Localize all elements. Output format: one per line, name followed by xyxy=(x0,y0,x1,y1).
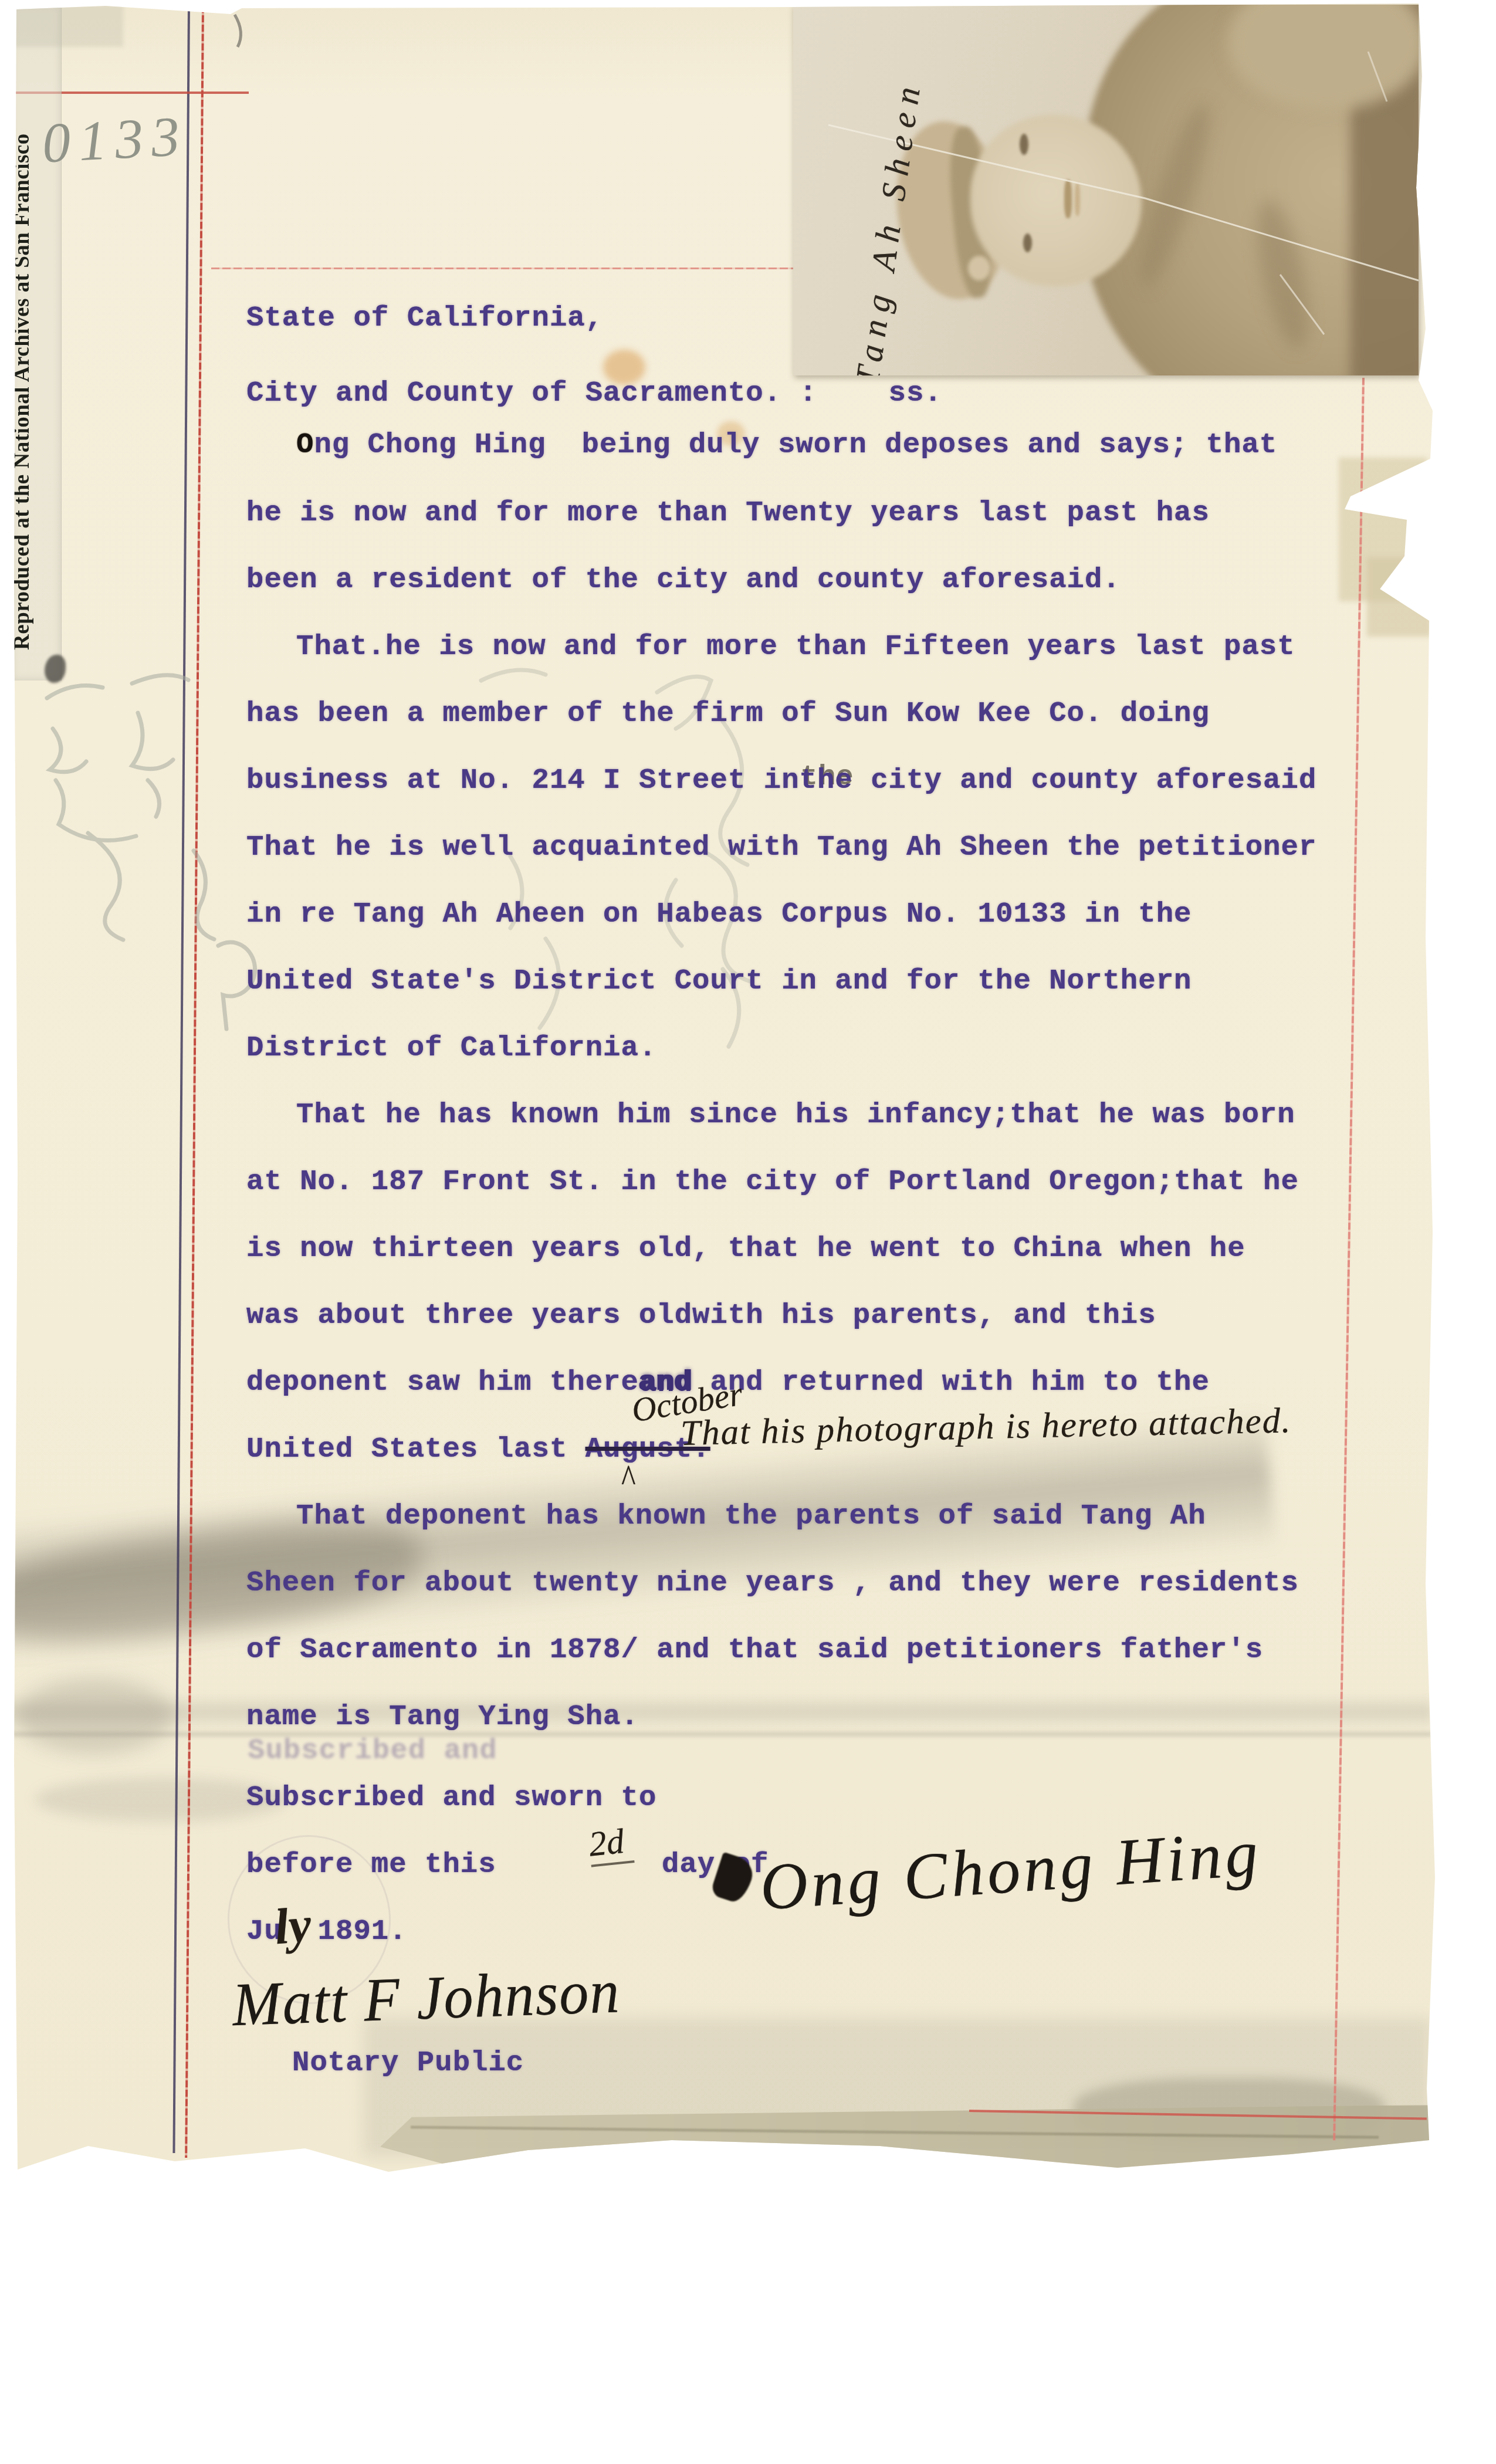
body-line: United State's District Court in and for… xyxy=(246,964,1192,997)
smudge xyxy=(15,1678,174,1754)
bottom-stain xyxy=(364,2018,1431,2156)
torn-edge-shading xyxy=(1367,557,1431,637)
torn-edge-shading xyxy=(1339,458,1427,601)
body-line: United States last August. xyxy=(246,1433,710,1465)
body-line: name is Tang Ying Sha. xyxy=(246,1700,639,1733)
document-scan: Reproduced at the National Archives at S… xyxy=(0,0,1496,2464)
handwritten-month-fix: ly xyxy=(272,1894,314,1956)
body-line: That.he is now and for more than Fifteen… xyxy=(296,630,1295,663)
body-line: at No. 187 Front St. in the city of Port… xyxy=(246,1165,1299,1198)
body-line: Sheen for about twenty nine years , and … xyxy=(246,1566,1299,1599)
body-line: been a resident of the city and county a… xyxy=(246,563,1121,596)
crease-line xyxy=(0,1694,1431,1729)
photo-face xyxy=(970,115,1142,286)
tape-residue-mark xyxy=(45,655,66,683)
body-line: business at No. 214 I Street inthe city … xyxy=(246,764,1316,797)
ink-corrected-word: the xyxy=(800,764,853,797)
body-line: That he is well acquainted with Tang Ah … xyxy=(246,831,1316,864)
jurat-date-line: Ju 1891. xyxy=(246,1915,407,1948)
photo-eye xyxy=(1020,134,1028,155)
body-line: That he has known him since his infancy;… xyxy=(296,1098,1295,1131)
top-edge-tear-mark xyxy=(235,15,241,47)
handwritten-day-number: 2d xyxy=(587,1820,634,1867)
bottom-fold-wrinkle xyxy=(411,2125,1379,2138)
photo-mouth xyxy=(1064,180,1072,218)
archival-tape-fold xyxy=(12,5,123,47)
photo-ear xyxy=(968,256,990,280)
photo-eye xyxy=(1023,233,1032,252)
body-line: of Sacramento in 1878/ and that said pet… xyxy=(246,1633,1263,1666)
affidavit-page: Reproduced at the National Archives at S… xyxy=(0,0,1496,2464)
jurat-line: before me this xyxy=(246,1848,496,1881)
body-line: in re Tang Ah Aheen on Habeas Corpus No.… xyxy=(246,898,1192,930)
crease-line xyxy=(0,1732,1431,1737)
heading-county-ss: City and County of Sacramento. : ss. xyxy=(246,377,942,409)
pencil-page-number: 0133 xyxy=(40,103,189,176)
body-line: is now thirteen years old, that he went … xyxy=(246,1232,1245,1265)
body-line: Ong Chong Hing being duly sworn deposes … xyxy=(296,428,1277,461)
body-line: That deponent has known the parents of s… xyxy=(296,1500,1206,1532)
deponent-signature: Ong Chong Hing xyxy=(758,1815,1264,1925)
notary-title: Notary Public xyxy=(292,2046,524,2079)
right-margin-rule-red xyxy=(1333,378,1365,2141)
handwritten-photograph-note: That his photograph is hereto attached. xyxy=(680,1400,1292,1454)
jurat-line: Subscribed and sworn to xyxy=(246,1781,656,1814)
body-line: he is now and for more than Twenty years… xyxy=(246,496,1210,529)
heading-state: State of California, xyxy=(246,302,603,334)
body-line: was about three years oldwith his parent… xyxy=(246,1299,1156,1332)
ink-corrected-initial: O xyxy=(296,428,314,461)
body-line: has been a member of the firm of Sun Kow… xyxy=(246,697,1210,730)
attached-portrait-photo: Tang Ah Sheen xyxy=(793,5,1419,375)
bottom-margin-rule-red xyxy=(969,2110,1427,2120)
header-rule-red xyxy=(211,268,798,269)
ghost-offset-text: Subscribed and xyxy=(248,1734,497,1767)
photo-lip-highlight xyxy=(1075,183,1080,216)
archive-reproduction-stamp: Reproduced at the National Archives at S… xyxy=(9,133,35,650)
notary-signature: Matt F Johnson xyxy=(231,1956,621,2040)
insertion-caret: ^ xyxy=(621,1457,634,1502)
body-line: District of California. xyxy=(246,1031,656,1064)
